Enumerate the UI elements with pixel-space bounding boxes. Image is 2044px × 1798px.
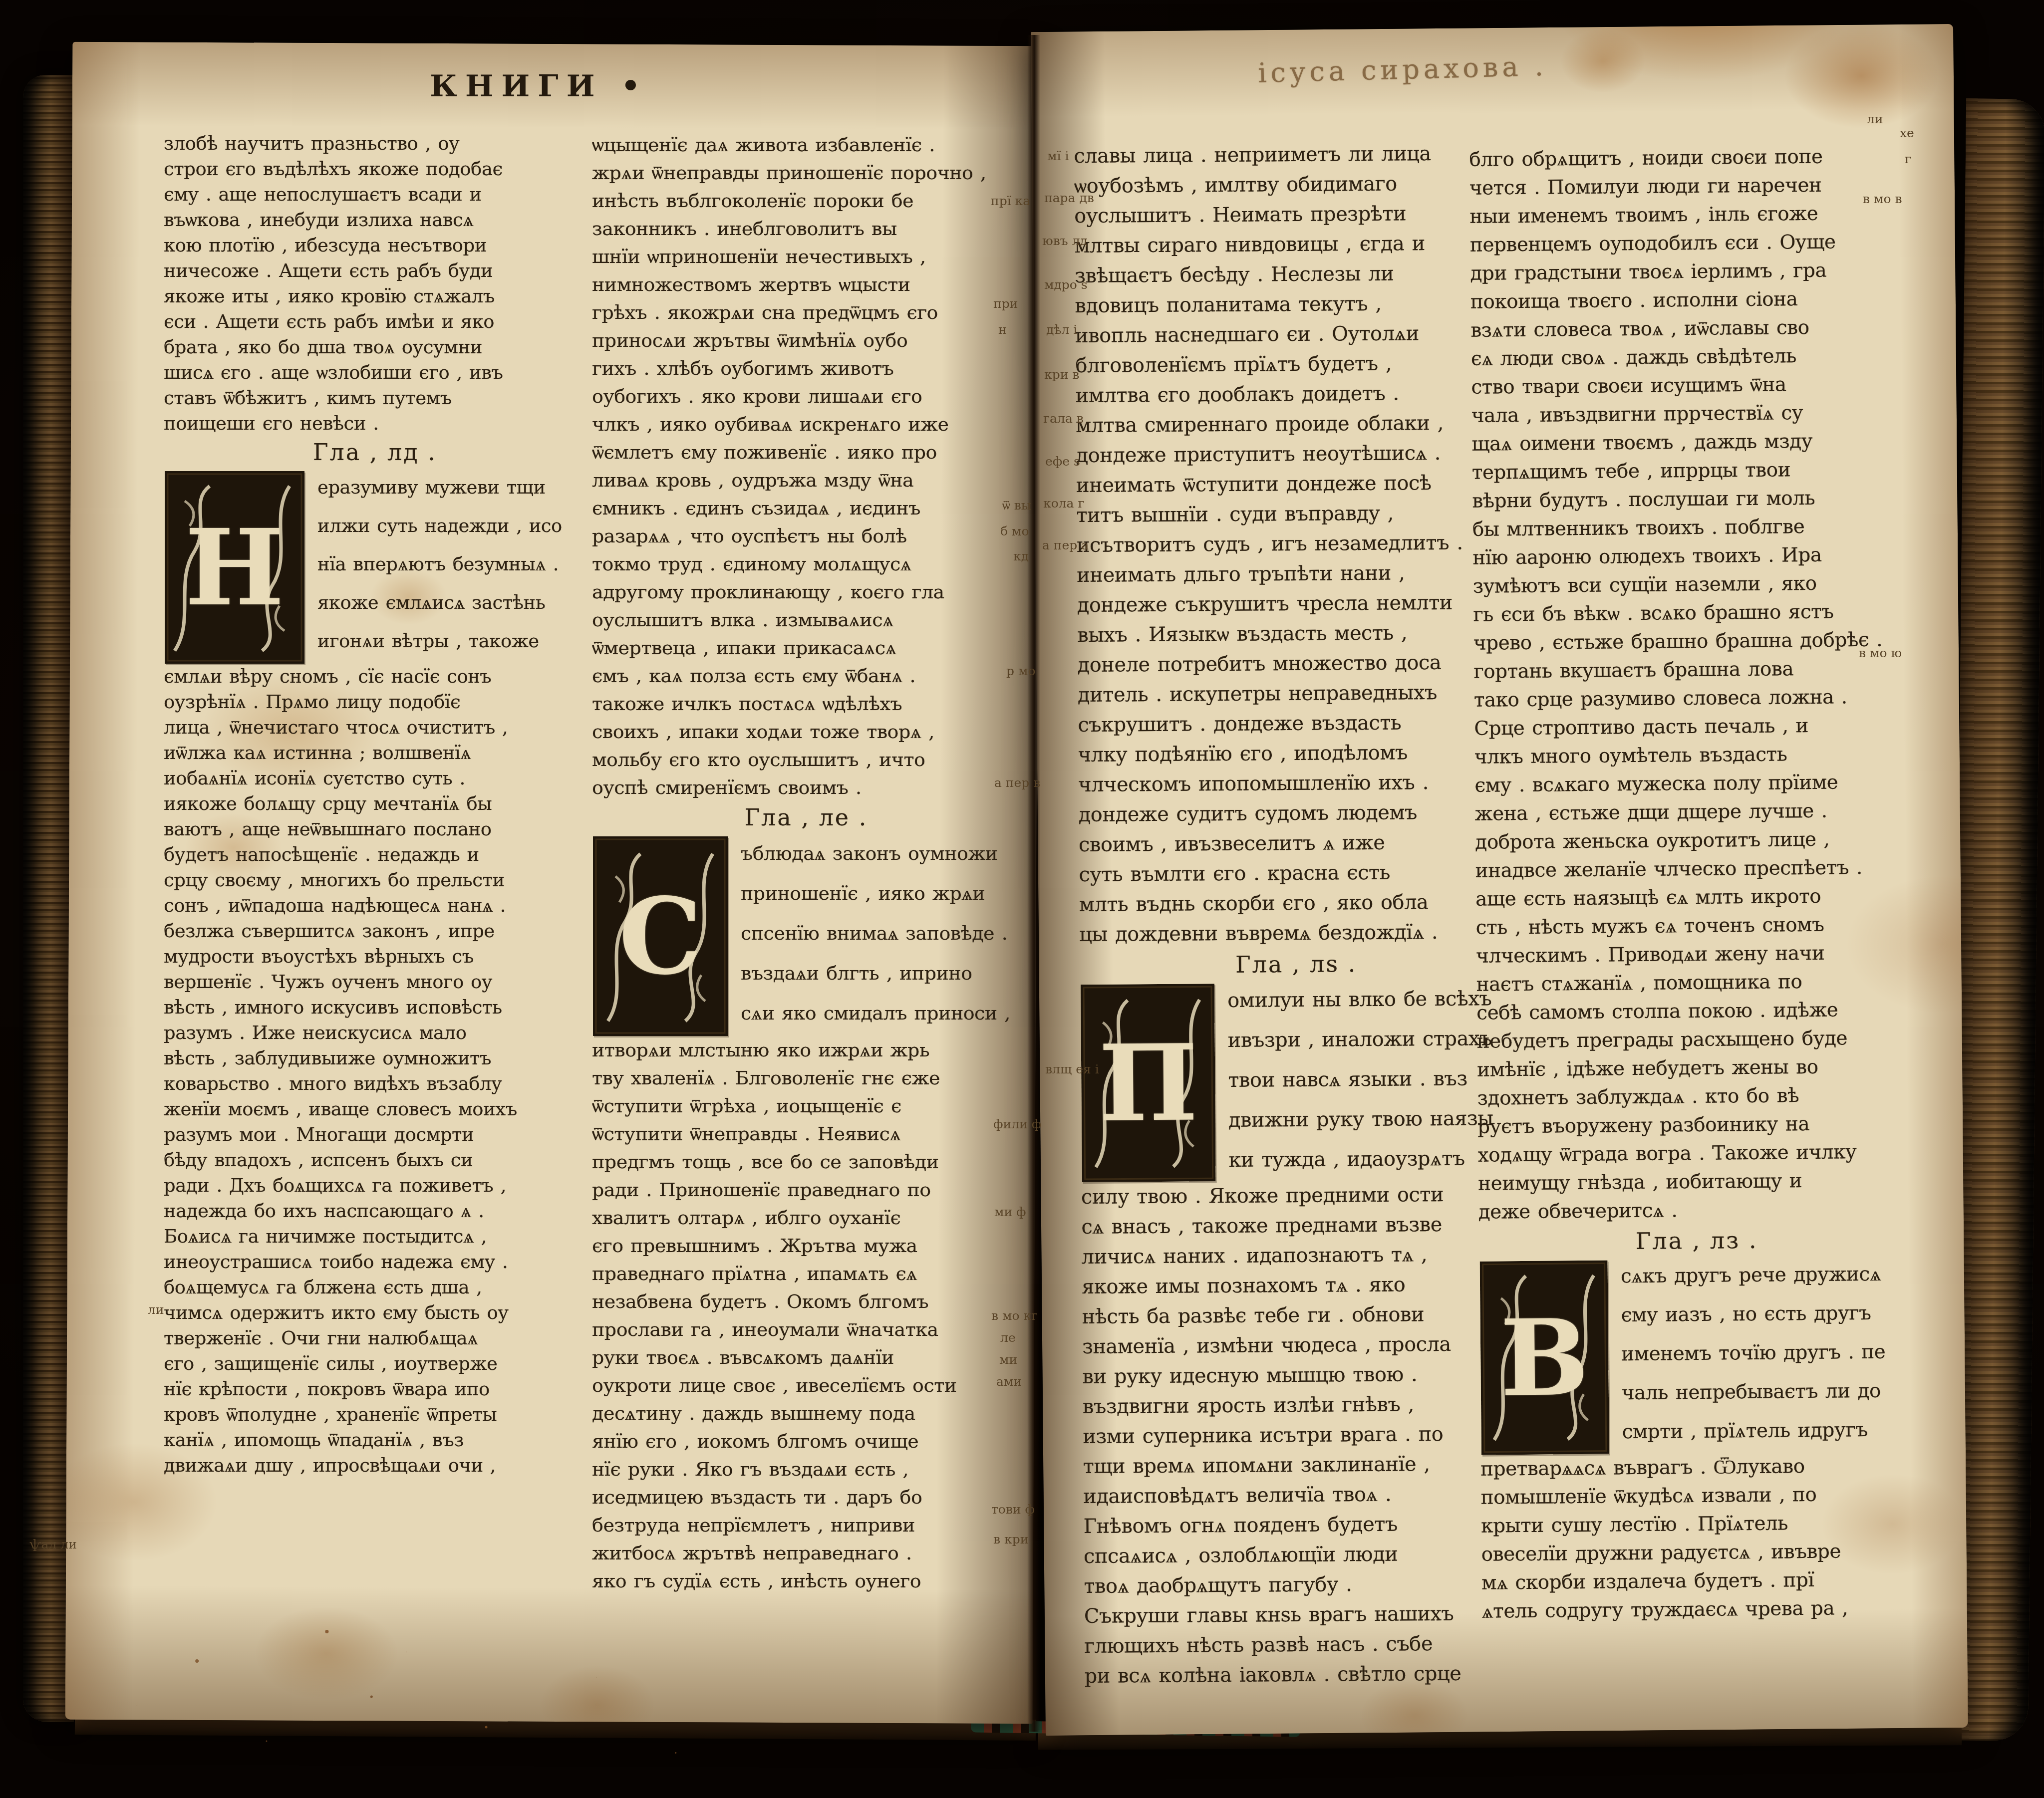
text-line: ємлѧи вѣру сномъ , сїє насїє сонъ — [164, 664, 586, 689]
text-line: движни руку твою наязы — [1228, 1098, 1493, 1140]
margin-note: в мо кг — [991, 1309, 1038, 1322]
text-line: ходѧщу ѿграда вогра . Такоже ичлку — [1477, 1137, 1914, 1170]
text-line: нїє руки . Яко гъ въздаѧи єсть , — [592, 1455, 1020, 1483]
text-line: ради . Дхъ боѧщихсѧ га поживетъ , — [164, 1173, 586, 1198]
text-line: крыти сушу лестїю . Прїѧтель — [1481, 1508, 1917, 1541]
text-line: разумъ мои . Многащи досмрти — [164, 1122, 586, 1147]
text-line: нѣсть ба развѣє тебе ги . обнови — [1082, 1299, 1515, 1332]
text-line: ство твари своєи исущимъ ѿна — [1471, 369, 1907, 402]
text-line: дри градстыни твоєѧ іерлимъ , гра — [1470, 256, 1906, 288]
text-line: ємъ , каѧ полза єсть єму ѿбанѧ . — [592, 662, 1020, 690]
margin-note: хе — [1900, 127, 1914, 140]
text-line: инеимать дльго тръпѣти нани , — [1077, 557, 1510, 590]
text-line: сѧ внасъ , такоже преднами възве — [1081, 1209, 1514, 1242]
text-line: нимножествомъ жертвъ ѡцысти — [592, 270, 1020, 298]
text-line: Срце строптиво дасть печаль , и — [1474, 711, 1910, 743]
text-line: строи єго въдѣлѣхъ якоже подобає — [164, 156, 586, 182]
margin-note: ми — [999, 1353, 1017, 1366]
text-line: канїѧ , ипомощь ѿпаданїѧ , въз — [164, 1427, 586, 1453]
text-line: блго обрѧщитъ , ноиди своєи попе — [1469, 142, 1905, 174]
text-line: чется . Помилуи люди ги наречен — [1469, 170, 1906, 203]
text-line: коварьство . много видѣхъ възаблу — [164, 1071, 586, 1096]
text-line: ки тужда , идаоузрѧтъ — [1228, 1138, 1493, 1180]
text-line: адругому проклинающу , коєго гла — [592, 578, 1020, 606]
text-line: овеселїи дружни радуєтсѧ , ивъвре — [1481, 1537, 1917, 1569]
text-line: сѧкъ другъ рече дружисѧ — [1621, 1255, 1885, 1296]
text-line: ѡцыщенїє даѧ живота избавленїє . — [592, 131, 1020, 159]
text-line: безтруда непрїємлетъ , ниприви — [592, 1511, 1020, 1539]
text-line: праведнаго прїѧтна , ипамѧть єѧ — [592, 1260, 1020, 1287]
margin-note: пара дв — [1044, 192, 1094, 205]
text-line: ѡоубозѣмъ , имлтву обидимаго — [1074, 168, 1507, 201]
column-text: славы лица . неприиметъ ли лицаѡоубозѣмъ… — [1074, 138, 1512, 950]
text-line: якоже иты , ияко кровїю стѧжалъ — [164, 283, 586, 309]
text-line: спсаѧисѧ , озлоблѧющїи люди — [1084, 1539, 1517, 1571]
text-line: єго превышнимъ . Жрътва мужа — [592, 1232, 1020, 1260]
margin-note: гала в — [1043, 412, 1084, 425]
text-line: дондеже съкрушитъ чресла немлти — [1077, 587, 1510, 620]
text-line: иседмицею въздасть ти . даръ бо — [592, 1483, 1020, 1511]
text-line: блговоленїємъ прїѧтъ будетъ , — [1075, 348, 1508, 381]
text-line: своимъ , ивъзвеселитъ ѧ иже — [1079, 827, 1512, 860]
text-line: кою плотїю , ибезсуда несътвори — [164, 233, 586, 258]
text-line: ѧтель содругу труждаєсѧ чрева ра , — [1481, 1593, 1918, 1626]
chapter-heading: Гла , ле . — [592, 801, 1020, 833]
text-line: выхъ . Иязыкѡ въздасть месть , — [1077, 617, 1510, 650]
text-column-4: блго обрѧщитъ , ноиди своєи попечется . … — [1469, 142, 1918, 1626]
text-line: сть , нѣсть мужъ єѧ точенъ сномъ — [1476, 910, 1912, 942]
initial-letter: С — [593, 836, 728, 1036]
margin-note: кола г — [1043, 497, 1085, 510]
margin-note: б мо — [1000, 525, 1029, 538]
chapter-heading: Гла , лз . — [1478, 1223, 1915, 1259]
text-line: взѧти словеса твоѧ , иѿславы сво — [1470, 312, 1907, 345]
text-line: твоѧ даобрѧщутъ пагубу . — [1084, 1568, 1517, 1601]
margin-note: прї ка — [991, 195, 1030, 208]
column-text: ємлѧи вѣру сномъ , сїє насїє сонъоузрѣнї… — [164, 664, 586, 1478]
text-line: исътворитъ судъ , игъ незамедлитъ . — [1077, 527, 1510, 560]
text-line: спсенїю внимаѧ заповѣде . — [741, 913, 1010, 953]
text-line: иякоже болѧщу срцу мечтанїѧ бы — [164, 791, 586, 816]
text-line: омилуи ны влко бе всѣхъ — [1227, 979, 1492, 1021]
margin-note: фили ф — [993, 1118, 1041, 1131]
text-line: инѣсть въблгоколенїє пороки бе — [592, 187, 1020, 215]
text-line: руєтъ въоружену разбоинику на — [1477, 1109, 1914, 1141]
text-line: токмо труд . єдиному молѧщусѧ — [592, 550, 1020, 578]
margin-note: мдро ѕ — [1044, 278, 1088, 291]
text-line: итворѧи млстыню яко ижрѧи жрь — [592, 1036, 1020, 1064]
column-text: силу твою . Якоже предними остисѧ внасъ … — [1081, 1179, 1518, 1691]
text-line: срцу своєму , многихъ бо прельсти — [164, 867, 586, 893]
running-title-left: КНИГИ • — [349, 69, 729, 104]
text-line: нїю аароню олюдехъ твоихъ . Ира — [1472, 540, 1909, 572]
text-line: вѣсть , имного искусивъ исповѣсть — [164, 995, 586, 1020]
text-line: грѣхъ . якожрѧи сна предѿцмъ єго — [592, 298, 1020, 326]
text-line: злобѣ научитъ празньство , оу — [164, 131, 586, 156]
text-line: члкъ много оумѣтель въздасть — [1474, 739, 1911, 771]
text-line: твои навсѧ языки . въз — [1228, 1058, 1493, 1100]
text-line: славы лица . неприиметъ ли лица — [1074, 138, 1507, 171]
text-line: руки твоєѧ . въвсѧкомъ даѧнїи — [592, 1343, 1020, 1371]
margin-note: ми ф — [994, 1206, 1026, 1219]
text-line: сѧи яко смидалъ приноси , — [741, 993, 1010, 1033]
text-line: млть въднь скорби єго , яко обла — [1079, 887, 1512, 920]
text-line: небудетъ преграды расхыщено буде — [1476, 1024, 1913, 1056]
margin-note: ефе ѕ — [1045, 455, 1080, 468]
text-line: чимсѧ одержитъ икто єму бысть оу — [164, 1300, 586, 1325]
margin-note: мї і — [1047, 150, 1069, 163]
stain-speckles — [325, 1630, 328, 1633]
text-line: шисѧ єго . аще ѡзлобиши єго , ивъ — [164, 360, 586, 385]
text-line: шнїи ѡприношенїи нечестивыхъ , — [592, 243, 1020, 270]
text-line: ѿмертвеца , ипаки прикасаѧсѧ — [592, 634, 1020, 662]
text-line: якоже ємлѧисѧ застѣнь — [317, 583, 562, 622]
column-text: сѧкъ другъ рече дружисѧєму иазъ , но єст… — [1621, 1255, 1887, 1452]
text-line: деже обвечеритсѧ . — [1478, 1194, 1914, 1227]
woodcut-initial: В — [1480, 1261, 1609, 1455]
text-line: тщи времѧ ипомѧни заклинанїе , — [1083, 1449, 1516, 1482]
text-line: силу твою . Якоже предними ости — [1081, 1179, 1514, 1212]
text-line: предгмъ тощь , все бо се заповѣди — [592, 1148, 1020, 1176]
text-line: знаменїа , измѣни чюдеса , просла — [1082, 1329, 1515, 1362]
page-gutter-shadow — [1027, 35, 1040, 1732]
woodcut-initial: П — [1081, 984, 1216, 1182]
text-line: иобаѧнїѧ исонїѧ суєтство суть . — [164, 766, 586, 791]
margin-note: в кри — [993, 1533, 1028, 1546]
text-line: Съкруши главы кнѕь врагъ нашихъ — [1084, 1598, 1517, 1631]
text-line: ливаѧ кровь , оудръжа мзду ѿна — [592, 466, 1020, 494]
text-line: нїа вперѧютъ безумныѧ . — [317, 545, 562, 583]
text-line: боѧщемусѧ га блжена єсть дша , — [164, 1275, 586, 1300]
text-line: ныи именемъ твоимъ , інль єгоже — [1469, 199, 1906, 231]
text-line: сонъ , иѿпадоша надѣющесѧ нанѧ . — [164, 893, 586, 918]
margin-note: кри в — [1044, 368, 1079, 381]
text-line: надежда бо ихъ наспсающаго ѧ . — [164, 1198, 586, 1224]
text-line: вѣрни будутъ . послушаи ги моль — [1472, 483, 1908, 515]
column-text: итворѧи млстыню яко ижрѧи жрьтву хваленї… — [592, 1036, 1020, 1595]
text-line: игонѧи вѣтры , такоже — [317, 622, 562, 660]
text-line: первенцемъ оуподобилъ єси . Оуще — [1470, 227, 1906, 259]
text-line: движаѧи дшу , ипросвѣщаѧи очи , — [164, 1453, 586, 1478]
text-line: ивопль наснедшаго єи . Оутолѧи — [1075, 318, 1508, 351]
text-line: помышленїе ѿкудѣсѧ извали , по — [1480, 1480, 1917, 1512]
column-text: еразумиву мужеви тщиилжи суть надежди , … — [317, 468, 562, 660]
margin-note: ѱал ли — [30, 1538, 77, 1551]
text-line: имлтва єго дооблакъ доидетъ . — [1076, 378, 1509, 411]
margin-note: ами — [996, 1375, 1022, 1388]
text-line: здохнетъ заблуждаѧ . кто бо вѣ — [1477, 1080, 1913, 1113]
text-line: терпѧщимъ тебе , ипррцы твои — [1472, 455, 1908, 487]
text-line: чала , ивъздвигни пррчествїѧ су — [1471, 398, 1908, 430]
text-line: съкрушитъ . дондеже въздасть — [1078, 707, 1511, 740]
margin-note: в мо ю — [1859, 647, 1902, 660]
text-line: ничесоже . Ащети єсть рабъ буди — [164, 258, 586, 283]
text-line: оуслышитъ . Неимать презрѣти — [1074, 198, 1507, 231]
text-line: чрево , єстьже брашно брашна добрѣє . — [1473, 625, 1910, 658]
text-line: оузрѣнїѧ . Прѧмо лицу подобїє — [164, 689, 586, 715]
text-line: десѧтину . даждь вышнему пода — [592, 1399, 1020, 1427]
margin-note: в мо в — [1863, 193, 1902, 206]
initial-letter: Н — [165, 471, 304, 664]
text-line: женїи моємъ , иваще словесъ моихъ — [164, 1096, 586, 1122]
text-line: законникъ . инеблговолитъ вы — [592, 215, 1020, 243]
text-line: єси . Ащети єсть рабъ имѣи и яко — [164, 309, 586, 334]
text-line: такоже ичлкъ постѧсѧ ѡдѣлѣхъ — [592, 690, 1020, 718]
text-line: ємникъ . єдинъ съзидаѧ , иєдинъ — [592, 494, 1020, 522]
text-line: цы дождевни въвремѧ бездождїѧ . — [1079, 917, 1512, 950]
text-line: члческимъ . Приводѧи жену начи — [1476, 938, 1912, 971]
margin-note: ли — [1867, 113, 1883, 126]
margin-note: тови ф — [991, 1503, 1035, 1516]
text-line: зумѣютъ вси сущїи наземли , яко — [1473, 568, 1909, 601]
text-line: янїю єго , иокомъ блгомъ очище — [592, 1427, 1020, 1455]
text-line: тверженїє . Очи гни налюбѧщаѧ — [164, 1325, 586, 1351]
margin-note: ле — [1000, 1331, 1016, 1344]
text-line: житбосѧ жрътвѣ неправеднаго . — [592, 1539, 1020, 1567]
text-line: себѣ самомъ столпа покою . идѣже — [1476, 995, 1913, 1027]
text-line: члку подѣянїю єго , иподѣломъ — [1078, 737, 1511, 770]
text-line: дитель . искупетры неправедныхъ — [1078, 677, 1511, 710]
text-line: єго , защищенїє силы , иоутверже — [164, 1351, 586, 1376]
text-line: неимущу гнѣзда , иобитающу и — [1478, 1166, 1914, 1198]
text-line: єму иазъ , но єсть другъ — [1621, 1294, 1885, 1335]
text-line: своихъ , ипаки ходѧи тоже творѧ , — [592, 718, 1020, 746]
text-line: глющихъ нѣсть развѣ насъ . събе — [1084, 1628, 1517, 1661]
text-line: разумъ . Иже неискусисѧ мало — [164, 1020, 586, 1045]
text-line: покоища твоєго . исполни сіона — [1470, 284, 1907, 316]
text-line: єму . всѧкаго мужеска полу прїиме — [1474, 768, 1911, 800]
margin-note: дѣл і — [1046, 323, 1077, 336]
text-line: якоже имы познахомъ тѧ . яко — [1082, 1269, 1515, 1302]
text-column-2: ѡцыщенїє даѧ живота избавленїє .жрѧи ѿне… — [592, 131, 1020, 1595]
text-line: вдовицъ поланитама текутъ , — [1075, 288, 1508, 321]
text-line: ради . Приношенїє праведнаго по — [592, 1176, 1020, 1204]
text-line: Гнѣвомъ огнѧ пояденъ будетъ — [1083, 1509, 1516, 1541]
column-text: злобѣ научитъ празньство , оустрои єго в… — [164, 131, 586, 436]
text-line: бѣду впадохъ , испсенъ быхъ си — [164, 1147, 586, 1173]
text-line: тву хваленїѧ . Блговоленїє гнє єже — [592, 1064, 1020, 1092]
column-text: ъблюдаѧ законъ оумножиприношенїє , ияко … — [741, 833, 1010, 1033]
text-line: оукроти лице своє , ивеселїємъ ости — [592, 1371, 1020, 1399]
text-line: разарѧѧ , что оуспѣєтъ ны болѣ — [592, 522, 1020, 550]
text-line: члкъ , ияко оубиваѧ искренѧго иже — [592, 410, 1020, 438]
text-line: дондеже судитъ судомъ людемъ — [1078, 797, 1511, 830]
text-line: приношенїє , ияко жрѧи — [741, 873, 1010, 913]
text-line: гихъ . хлѣбъ оубогимъ животъ — [592, 354, 1020, 382]
text-line: мѧ скорби издалеча будетъ . прї — [1481, 1565, 1918, 1597]
text-line: изми суперника исътри врага . по — [1083, 1419, 1516, 1452]
text-line: будетъ напосѣщенїє . недаждь и — [164, 842, 586, 867]
text-line: въздвигни ярость излѣи гнѣвъ , — [1083, 1389, 1516, 1422]
text-line: млтвы сираго нивдовицы , єгда и — [1074, 228, 1507, 261]
text-line: суть въмлти єго . красна єсть — [1079, 857, 1512, 890]
margin-note: г — [1905, 153, 1911, 166]
margin-note: ювъ лд — [1042, 235, 1088, 248]
text-line: инеимать ѿступити дондеже посѣ — [1076, 468, 1509, 501]
text-line: поищеши єго невѣси . — [164, 411, 586, 436]
text-line: гортань вкушаєтъ брашна лова — [1473, 654, 1910, 686]
text-line: смрти , прїѧтель идругъ — [1622, 1411, 1886, 1452]
text-line: инадвсе желанїе члческо преспѣетъ . — [1475, 853, 1912, 885]
initial-letter: П — [1081, 984, 1216, 1182]
text-line: звѣщаєтъ бесѣду . Неслезы ли — [1075, 258, 1508, 291]
text-line: оуслышитъ влка . измываѧисѧ — [592, 606, 1020, 634]
text-line: въѡкова , инебуди излиха навсѧ — [164, 207, 586, 233]
text-line: ѿємлетъ єму поживенїє . ияко про — [592, 438, 1020, 466]
text-line: ри всѧ колѣна іаковлѧ . свѣтло срце — [1084, 1658, 1517, 1691]
margin-note: а пер в — [994, 776, 1040, 789]
text-line: ѿступити ѿгрѣха , иоцыщенїє є — [592, 1092, 1020, 1120]
text-line: ивъзри , иналожи страхъ — [1227, 1019, 1492, 1060]
text-line: тако срце разумиво словеса ложна . — [1474, 682, 1910, 715]
text-line: щаѧ оимени твоємъ , даждь мзду — [1471, 426, 1908, 459]
text-line: доброта женьска оукротитъ лице , — [1475, 824, 1911, 857]
chapter-heading: Гла , лѕ . — [1079, 947, 1512, 982]
text-line: мольбу єго кто оуслышитъ , ичто — [592, 746, 1020, 773]
woodcut-initial: С — [593, 836, 728, 1036]
text-line: илжи суть надежди , исо — [317, 507, 562, 545]
text-line: члческомъ ипопомышленїю ихъ . — [1078, 767, 1511, 800]
text-column-3: славы лица . неприиметъ ли лицаѡоубозѣмъ… — [1074, 138, 1518, 1691]
text-line: оуспѣ смиренїємъ своимъ . — [592, 773, 1020, 801]
column-text: блго обрѧщитъ , ноиди своєи попечется . … — [1469, 142, 1915, 1227]
text-line: личисѧ наних . идапознаютъ тѧ , — [1082, 1239, 1515, 1272]
text-line: ставъ ѿбѣжитъ , кимъ путемъ — [164, 385, 586, 411]
margin-note: кд — [1013, 550, 1029, 563]
margin-note: влщ ея і — [1045, 1063, 1099, 1076]
text-line: хвалитъ олтарѧ , иблго оуханїє — [592, 1204, 1020, 1232]
text-line: прослави га , инеоумали ѿначатка — [592, 1315, 1020, 1343]
text-line: мудрости въоустѣхъ вѣрныхъ съ — [164, 944, 586, 969]
text-line: ѿступити ѿнеправды . Неявисѧ — [592, 1120, 1020, 1148]
text-line: жена , єстьже дщи дщере лучше . — [1475, 796, 1911, 828]
text-line: вѣсть , заблудивыиже оумножитъ — [164, 1045, 586, 1071]
column-text: ѡцыщенїє даѧ живота избавленїє .жрѧи ѿне… — [592, 131, 1020, 801]
margin-note: а пер а — [1042, 539, 1089, 552]
text-line: иѿлжа каѧ истинна ; волшвенїѧ — [164, 740, 586, 766]
text-line: инеоустрашисѧ тоибо надежа єму . — [164, 1249, 586, 1275]
text-line: млтва смиреннаго проиде облаки , — [1076, 408, 1509, 441]
chapter-heading: Гла , лд . — [164, 436, 586, 468]
text-line: вершенїє . Чужъ оученъ много оу — [164, 969, 586, 995]
text-line: наєтъ стѧжанїѧ , помощника по — [1476, 967, 1913, 999]
text-line: оубогихъ . яко крови лишаѧи єго — [592, 382, 1020, 410]
text-line: яко гъ судїѧ єсть , инѣсть оунего — [592, 1567, 1020, 1595]
margin-note: при — [993, 297, 1018, 310]
initial-letter: В — [1480, 1261, 1609, 1455]
text-line: донеле потребитъ множество доса — [1077, 647, 1510, 680]
column-text: омилуи ны влко бе всѣхъивъзри , иналожи … — [1227, 979, 1493, 1180]
text-line: еразумиву мужеви тщи — [317, 468, 562, 507]
text-line: въздаѧи блгть , иприно — [741, 953, 1010, 993]
text-line: имѣнїє , ідѣже небудетъ жены во — [1477, 1052, 1913, 1084]
text-line: бы млтвенникъ твоихъ . поблгве — [1472, 512, 1909, 544]
text-line: аще єсть наязыцѣ єѧ млть икрото — [1475, 881, 1912, 914]
text-line: титъ вышнїи . суди въправду , — [1076, 498, 1509, 530]
text-line: ви руку идесную мышцю твою . — [1082, 1359, 1515, 1392]
text-line: именемъ точїю другъ . пе — [1621, 1333, 1886, 1374]
text-line: чаль непребываєтъ ли до — [1622, 1372, 1886, 1413]
text-line: жрѧи ѿнеправды приношенїє порочно , — [592, 159, 1020, 187]
text-line: незабвена будетъ . Окомъ блгомъ — [592, 1287, 1020, 1315]
text-line: Боѧисѧ га ничимже постыдитсѧ , — [164, 1224, 586, 1249]
text-line: лица , ѿнечистаго чтосѧ очиститъ , — [164, 715, 586, 740]
text-line: ъблюдаѧ законъ оумножи — [741, 833, 1010, 873]
book-photograph: КНИГИ • ісуса сирахова . злобѣ научитъ п… — [0, 0, 2044, 1798]
text-line: претварѧѧсѧ въврагъ . Ѿлукаво — [1480, 1451, 1917, 1484]
text-column-1: злобѣ научитъ празньство , оустрои єго в… — [164, 131, 586, 1478]
margin-note: ли — [148, 1303, 164, 1316]
woodcut-initial: Н — [165, 471, 304, 664]
text-line: єѧ люди своѧ . даждь свѣдѣтель — [1471, 341, 1907, 373]
text-line: брата , яко бо дша твоѧ оусумни — [164, 334, 586, 360]
text-line: идаисповѣдѧтъ величїа твоѧ . — [1083, 1479, 1516, 1512]
text-line: безлжа съвершитсѧ законъ , ипре — [164, 918, 586, 944]
margin-note: ѿ вы — [1002, 499, 1031, 512]
margin-note: р мо — [1006, 665, 1035, 678]
column-text: претварѧѧсѧ въврагъ . Ѿлукавопомышленїе … — [1480, 1451, 1918, 1626]
text-line: дондеже приступитъ неоутѣшисѧ . — [1076, 438, 1509, 471]
text-line: приносѧи жрътвы ѿимѣнїѧ оубо — [592, 326, 1020, 354]
text-line: кровъ ѿполудне , храненїє ѿпреты — [164, 1402, 586, 1427]
margin-note: н — [998, 323, 1007, 336]
text-line: нїє крѣпости , покровъ ѿвара ипо — [164, 1376, 586, 1402]
text-line: єму . аще непослушаєтъ всади и — [164, 182, 586, 207]
text-line: ваютъ , аще неѿвышнаго послано — [164, 816, 586, 842]
text-line: гь єси бъ вѣкѡ . всѧко брашно ястъ — [1473, 597, 1909, 629]
